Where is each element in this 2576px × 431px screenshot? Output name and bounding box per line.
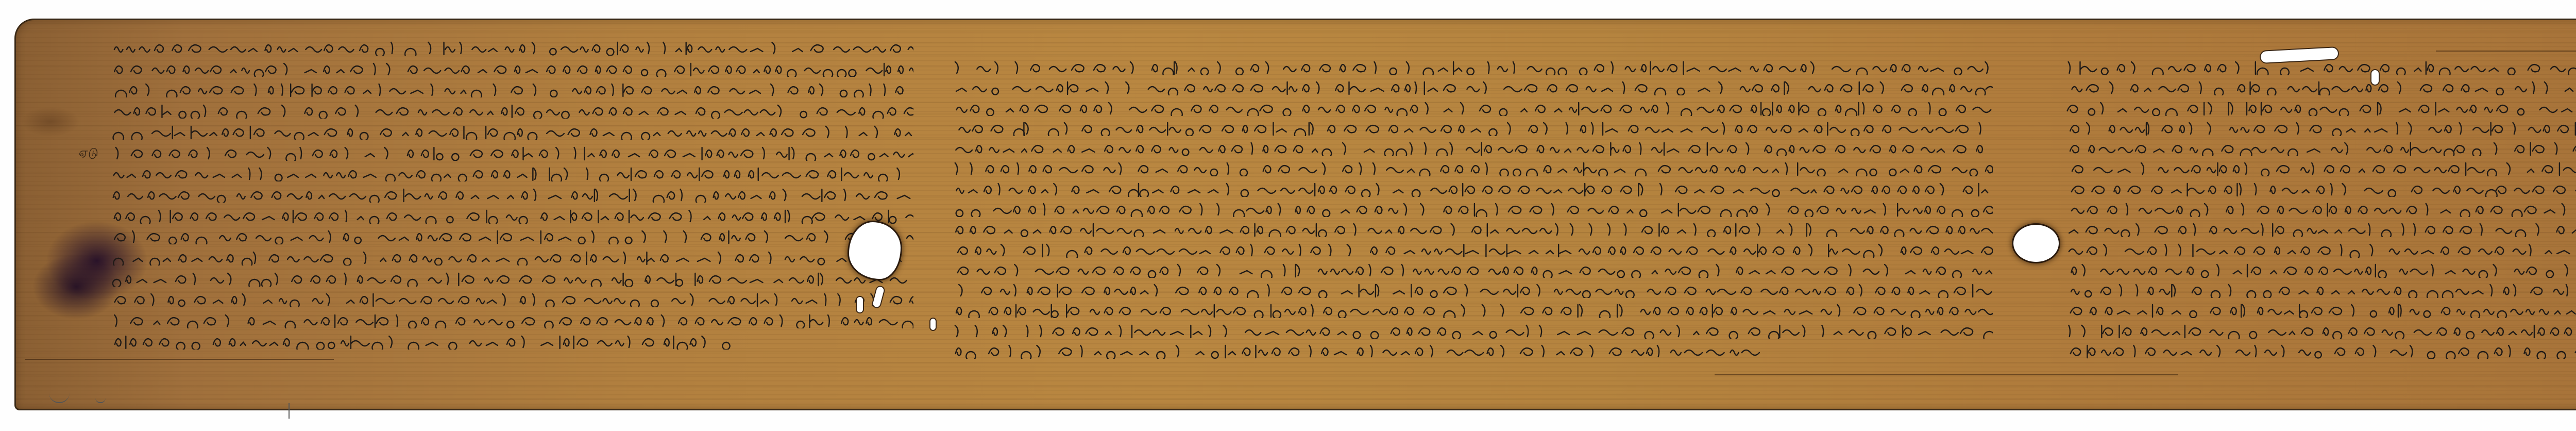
manuscript-text-line — [110, 271, 913, 287]
text-column-right — [2065, 60, 2576, 359]
manuscript-text-line — [2065, 161, 2576, 176]
manuscript-text-line — [952, 60, 1993, 75]
manuscript-text-line — [110, 187, 913, 203]
manuscript-text-line — [2065, 262, 2576, 278]
manuscript-text-line — [110, 313, 913, 328]
manuscript-text-line — [952, 222, 1993, 237]
manuscript-text-line — [952, 141, 1993, 156]
manuscript-text-line — [952, 121, 1993, 136]
manuscript-text-line — [2065, 202, 2576, 217]
manuscript-text-line — [952, 323, 1993, 339]
manuscript-text-line — [110, 82, 913, 97]
manuscript-text-line — [110, 229, 913, 244]
manuscript-text-line — [2065, 101, 2576, 116]
manuscript-text-line — [2065, 283, 2576, 298]
manuscript-text-line — [952, 303, 1993, 318]
manuscript-text-line — [2065, 242, 2576, 258]
binding-hole-left — [849, 222, 901, 279]
binding-thread-2 — [95, 392, 106, 403]
manuscript-text-line — [2065, 303, 2576, 318]
manuscript-text-line — [110, 166, 913, 181]
manuscript-text-line — [952, 80, 1993, 95]
manuscript-text-line — [110, 124, 913, 140]
manuscript-text-line — [2065, 181, 2576, 197]
manuscript-text-line — [952, 242, 1993, 258]
manuscript-text-line — [2065, 141, 2576, 156]
ruling-line-bottom-mid — [1715, 374, 2178, 375]
manuscript-text-line — [110, 40, 913, 56]
manuscript-text-line — [110, 250, 913, 266]
damage-spot-1 — [857, 297, 863, 312]
damage-tear-top-small — [2371, 70, 2379, 85]
margin-note: ஏடு — [78, 146, 100, 161]
manuscript-text-line — [952, 181, 1993, 197]
manuscript-text-line — [110, 103, 913, 119]
manuscript-text-line — [110, 61, 913, 77]
manuscript-text-line — [2065, 323, 2576, 339]
manuscript-text-line — [110, 145, 913, 161]
manuscript-text-line — [110, 208, 913, 224]
palm-leaf: ஏடு 4 9 5 — [14, 19, 2576, 410]
manuscript-text-line — [952, 161, 1993, 176]
ruling-line-top — [2436, 51, 2576, 52]
damage-spot-3 — [930, 319, 936, 330]
manuscript-text-line — [110, 292, 913, 307]
binding-hole-right — [2013, 225, 2059, 262]
manuscript-text-line — [952, 262, 1993, 278]
text-column-left — [110, 40, 913, 350]
manuscript-text-line — [952, 101, 1993, 116]
manuscript-text-line — [952, 283, 1993, 298]
manuscript-text-line — [2065, 222, 2576, 237]
manuscript-text-line — [2065, 60, 2576, 75]
manuscript-text-line — [110, 334, 913, 350]
manuscript-text-line — [2065, 343, 2576, 359]
manuscript-text-line — [2065, 121, 2576, 136]
manuscript-text-line — [952, 343, 1993, 359]
text-column-middle — [952, 60, 1993, 359]
ruling-line-bottom — [25, 359, 334, 360]
manuscript-text-line — [2065, 80, 2576, 95]
manuscript-text-line — [952, 202, 1993, 217]
binding-thread-3 — [289, 403, 293, 419]
